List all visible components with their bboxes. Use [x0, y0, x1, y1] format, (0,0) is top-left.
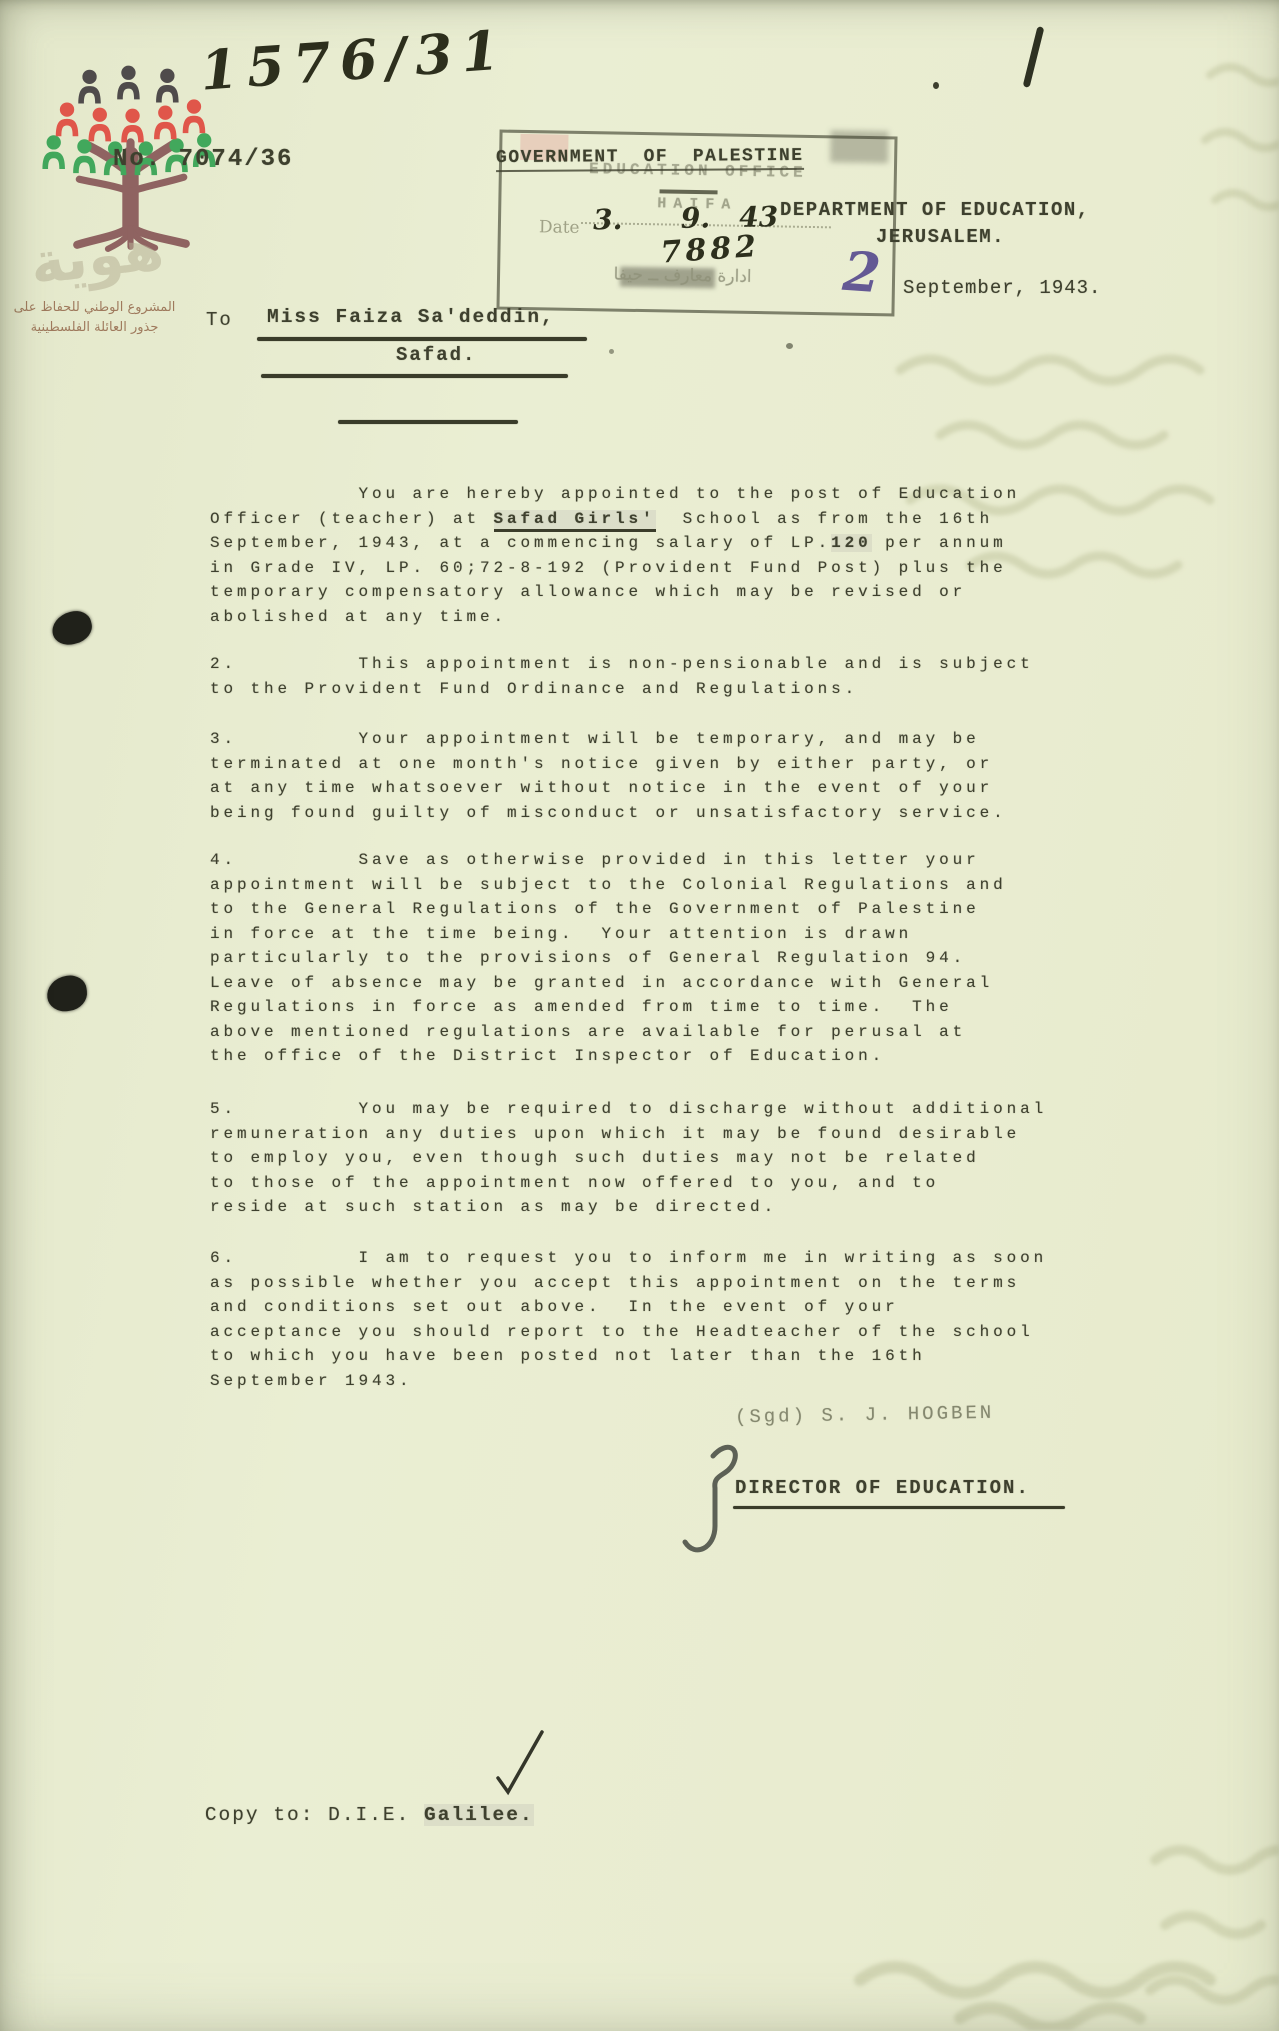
typewritten-line: 5. You may be required to discharge with… — [210, 1097, 1110, 1122]
typewritten-line: and conditions set out above. In the eve… — [210, 1295, 1110, 1320]
recipient-name: Miss Faiza Sa'deddin, — [267, 306, 555, 328]
typewritten-line: You are hereby appointed to the post of … — [210, 482, 1110, 507]
copy-to-target: Galilee. — [424, 1804, 534, 1826]
paragraph-3: 3. Your appointment will be temporary, a… — [210, 727, 1110, 825]
logo-tagline-1: المشروع الوطني للحفاظ على — [12, 300, 177, 315]
typewritten-line: 3. Your appointment will be temporary, a… — [210, 727, 1110, 752]
scanned-letter-page: هوية المشروع الوطني للحفاظ على جذور العا… — [0, 0, 1279, 2031]
typewritten-line: Leave of absence may be granted in accor… — [210, 971, 1110, 996]
letterhead-department: DEPARTMENT OF EDUCATION, — [780, 199, 1090, 221]
punch-hole — [49, 608, 96, 649]
to-label: To — [206, 309, 233, 331]
typewritten-line: September, 1943, at a commencing salary … — [210, 531, 1110, 556]
typewritten-line: Regulations in force as amended from tim… — [210, 995, 1110, 1020]
typewritten-line: being found guilty of misconduct or unsa… — [210, 801, 1110, 826]
paragraph-1: You are hereby appointed to the post of … — [210, 482, 1110, 629]
letterhead-city: JERUSALEM. — [876, 226, 1005, 248]
paragraph-5: 5. You may be required to discharge with… — [210, 1097, 1110, 1220]
signed-stamp: (Sgd) S. J. HOGBEN — [735, 1402, 995, 1429]
signature-title: DIRECTOR OF EDUCATION. — [735, 1477, 1030, 1499]
file-number: No. 7074/36 — [113, 146, 293, 173]
typewritten-line: to those of the appointment now offered … — [210, 1171, 1110, 1196]
typewritten-line: the office of the District Inspector of … — [210, 1044, 1110, 1069]
typewritten-line: acceptance you should report to the Head… — [210, 1320, 1110, 1345]
stamp-smudge — [830, 130, 889, 163]
typewritten-line: to the Provident Fund Ordinance and Regu… — [210, 677, 1110, 702]
typewritten-line: terminated at one month's notice given b… — [210, 752, 1110, 777]
ink-speck — [609, 349, 614, 354]
line-segment: per annum — [872, 534, 1007, 552]
inserted-salary-amount: 120 — [831, 534, 872, 552]
paragraph-2: 2. This appointment is non-pensionable a… — [210, 652, 1110, 701]
typewritten-line: appointment will be subject to the Colon… — [210, 873, 1110, 898]
paragraph-6: 6. I am to request you to inform me in w… — [210, 1246, 1110, 1393]
typewritten-line: temporary compensatory allowance which m… — [210, 580, 1110, 605]
copy-to-line: Copy to: D.I.E. Galilee. — [150, 1782, 534, 1848]
line-segment: Officer (teacher) at — [210, 510, 494, 528]
typewritten-line: remuneration any duties upon which it ma… — [210, 1122, 1110, 1147]
typewritten-line: to the General Regulations of the Govern… — [210, 897, 1110, 922]
letter-date: September, 1943. — [903, 277, 1101, 299]
handwritten-initial-flourish — [675, 1438, 745, 1563]
typewritten-line: abolished at any time. — [210, 605, 1110, 630]
typewritten-line: September 1943. — [210, 1369, 1110, 1394]
ink-speck — [933, 82, 939, 89]
typewritten-line: 4. Save as otherwise provided in this le… — [210, 848, 1110, 873]
letterhead-government: GOVERNMENT OF PALESTINE — [496, 146, 804, 172]
handwritten-day: 2 — [841, 239, 883, 305]
typewritten-line: in Grade IV, LP. 60;72-8-192 (Provident … — [210, 556, 1110, 581]
punch-hole — [45, 973, 89, 1013]
recipient-underline — [257, 337, 587, 341]
handwritten-reference-number: 1576/31 — [198, 17, 510, 102]
inserted-school-name: Safad Girls' — [494, 510, 656, 532]
stamp-date-label: Date — [539, 217, 580, 238]
location-underline — [261, 374, 568, 378]
typewritten-line: above mentioned regulations are availabl… — [210, 1020, 1110, 1045]
typewritten-line: Officer (teacher) at Safad Girls' School… — [210, 507, 1110, 532]
typewritten-line: as possible whether you accept this appo… — [210, 1271, 1110, 1296]
copy-to-label: Copy to: D.I.E. — [205, 1804, 424, 1826]
bleed-through-artifact — [840, 1940, 1260, 2030]
logo-tagline-2: جذور العائلة الفلسطينية — [12, 320, 177, 335]
line-segment: School as from the 16th — [656, 510, 994, 528]
line-segment: September, 1943, at a commencing salary … — [210, 534, 831, 552]
typewritten-line: 2. This appointment is non-pensionable a… — [210, 652, 1110, 677]
typewritten-line: particularly to the provisions of Genera… — [210, 946, 1110, 971]
stamp-serial-handwritten: 7882 — [659, 229, 761, 271]
typewritten-line: reside at such station as may be directe… — [210, 1195, 1110, 1220]
bleed-through-artifact — [1200, 50, 1279, 220]
stamp-arabic-line: ادارة معارف ــ حيفا — [540, 263, 825, 288]
paragraph-4: 4. Save as otherwise provided in this le… — [210, 848, 1110, 1069]
divider-line — [338, 420, 518, 424]
handwritten-page-number-mark — [1023, 26, 1045, 88]
typewritten-line: 6. I am to request you to inform me in w… — [210, 1246, 1110, 1271]
checkmark — [492, 1726, 550, 1798]
typewritten-line: to which you have been posted not later … — [210, 1344, 1110, 1369]
ink-speck — [786, 343, 793, 349]
typewritten-line: to employ you, even though such duties m… — [210, 1146, 1110, 1171]
recipient-location: Safad. — [396, 344, 476, 366]
typewritten-line: at any time whatsoever without notice in… — [210, 776, 1110, 801]
typewritten-line: in force at the time being. Your attenti… — [210, 922, 1110, 947]
signature-title-underline — [733, 1506, 1065, 1509]
stamp-overline — [660, 189, 718, 194]
